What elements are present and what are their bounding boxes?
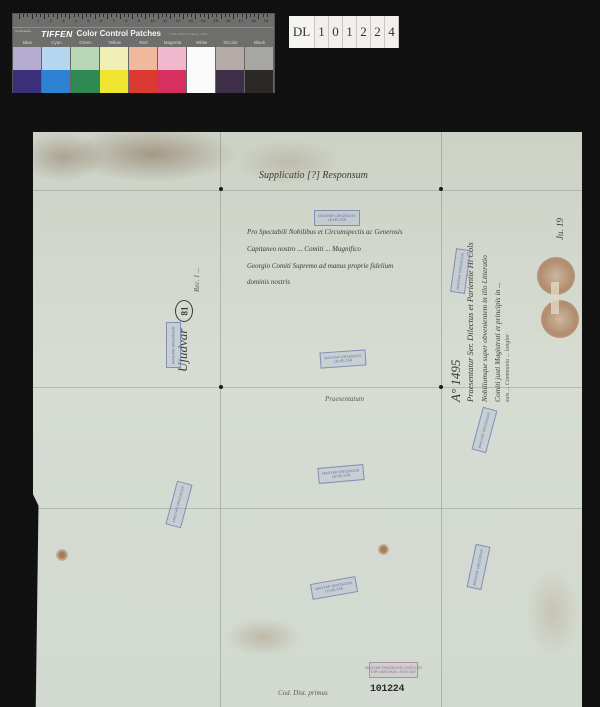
- ruler-tick: [204, 14, 205, 17]
- ruler-tick: [95, 14, 96, 19]
- reference-digit: 0: [329, 16, 343, 48]
- ruler-tick: [242, 14, 243, 17]
- ruler-tick: [48, 14, 49, 17]
- archive-stamp: MAGYAR ORSZÁGOS: [166, 322, 181, 368]
- ruler-tick: [179, 14, 180, 17]
- ruler-number: 16: [226, 18, 230, 23]
- ruler-tick: [225, 14, 226, 17]
- patch-column-red: [129, 47, 158, 93]
- ruler-number: 14: [201, 18, 205, 23]
- patch-dark: [13, 70, 41, 93]
- center-note: Praesentatum: [325, 395, 364, 403]
- color-control-chart: 12345678910111213141516171819 Centimeter…: [12, 13, 275, 93]
- stain: [378, 544, 389, 555]
- ruler-number: 7: [113, 18, 115, 23]
- reference-digit: 1: [343, 16, 357, 48]
- patch-label: Cyan: [42, 39, 71, 46]
- ruler-tick: [153, 14, 154, 17]
- archive-stamp: MAGYAR ORSZÁGOS LEVÉLTÁR: [310, 576, 358, 600]
- ruler-tick: [40, 14, 41, 17]
- patch-dark: [42, 70, 70, 93]
- patch-dark: [216, 70, 244, 93]
- ruler-tick: [44, 14, 45, 19]
- ruler-tick: [86, 14, 87, 17]
- patch-label: Red: [129, 39, 158, 46]
- right-top-note: Ju. 19: [555, 218, 565, 240]
- ruler-tick: [166, 14, 167, 17]
- address-line: Capitaneo nostro ... Comiti ... Magnific…: [247, 245, 361, 253]
- patch-light: [158, 47, 186, 70]
- ruler-tick: [208, 14, 209, 19]
- patch-column-black: [245, 47, 274, 93]
- ruler-tick: [187, 14, 188, 17]
- ruler-tick: [36, 14, 37, 17]
- ruler-tick: [141, 14, 142, 17]
- patch-dark: [129, 70, 157, 93]
- patch-light: [216, 47, 244, 70]
- ruler-tick: [212, 14, 213, 17]
- ruler-tick: [120, 14, 121, 19]
- patch-light: [129, 47, 157, 70]
- patch-light: [245, 47, 273, 70]
- ruler-number: 2: [50, 18, 52, 23]
- ruler-number: 8: [125, 18, 127, 23]
- ruler-number: 12: [176, 18, 180, 23]
- patch-label: Black: [245, 39, 274, 46]
- summary-line: Nobiliumque super obvenientem in illo Li…: [480, 255, 489, 402]
- document-sheet: Supplicatio [?] Responsum Pro Spectabili…: [33, 132, 582, 707]
- ruler-tick: [191, 14, 192, 17]
- ruler-tick: [216, 14, 217, 17]
- archive-number: 101224: [370, 684, 404, 695]
- ruler-tick: [128, 14, 129, 17]
- ruler-tick: [158, 14, 159, 19]
- ruler-tick: [78, 14, 79, 17]
- circled-number-text: 81: [179, 307, 189, 316]
- year-annotation: A° 1495: [448, 360, 464, 402]
- ruler-tick: [19, 14, 20, 19]
- ruler-tick: [162, 14, 163, 17]
- ruler-number: 4: [75, 18, 77, 23]
- patch-light: [71, 47, 99, 70]
- chart-title: Color Control Patches: [77, 29, 161, 38]
- patch-column-blue: [13, 47, 42, 93]
- ruler-tick: [233, 14, 234, 19]
- summary-line: suis ... Communia ... longior: [505, 334, 511, 402]
- ruler-tick: [263, 14, 264, 17]
- ruler-tick: [32, 14, 33, 19]
- chart-title-row: TIFFEN Color Control Patches © The Tiffe…: [13, 28, 274, 39]
- fold-line: [33, 508, 582, 509]
- ruler-tick: [57, 14, 58, 19]
- color-patches: [13, 47, 274, 93]
- ruler-tick: [61, 14, 62, 17]
- ruler-number: 5: [87, 18, 89, 23]
- ruler-tick: [195, 14, 196, 19]
- ruler-number: 9: [138, 18, 140, 23]
- ruler-tick: [69, 14, 70, 19]
- patch-column-white: [187, 47, 216, 93]
- archive-stamp: MAGYAR ORSZÁGOS: [165, 481, 192, 529]
- address-line: Pro Spectabili Nobilibus et Circumspecti…: [247, 228, 403, 236]
- ruler-tick: [90, 14, 91, 17]
- bottom-note: Cod. Dist. primus: [278, 689, 328, 697]
- chart-fineprint: © The Tiffen Company, 2000: [169, 32, 207, 36]
- ruler-number: 13: [188, 18, 192, 23]
- ruler-tick: [254, 14, 255, 17]
- reference-digit: 1: [315, 16, 329, 48]
- ruler: 12345678910111213141516171819: [13, 14, 274, 28]
- ruler-number: 18: [251, 18, 255, 23]
- patch-label: 3/Color: [216, 39, 245, 46]
- archive-stamp: MAGYAR ORSZÁGOS LEVÉLTÁR: [314, 210, 360, 226]
- patch-light: [100, 47, 128, 70]
- ruler-tick: [103, 14, 104, 17]
- patch-label: Green: [71, 39, 100, 46]
- hole: [219, 187, 223, 191]
- address-line: dominis nostris: [247, 278, 290, 286]
- ruler-tick: [99, 14, 100, 17]
- hole: [439, 385, 443, 389]
- circled-number: 81: [175, 300, 193, 322]
- archive-stamp: MAGYAR ORSZÁGOS LEVÉLTÁR: [317, 464, 364, 484]
- ruler-tick: [200, 14, 201, 17]
- hole: [439, 187, 443, 191]
- stain: [56, 549, 68, 561]
- patch-label: Blue: [13, 39, 42, 46]
- ruler-tick: [229, 14, 230, 17]
- patch-labels: Blue Cyan Green Yellow Red Magenta White…: [13, 39, 274, 46]
- ruler-tick: [170, 14, 171, 19]
- fold-line: [441, 132, 442, 707]
- wax-seal-residue: [541, 300, 579, 338]
- ruler-tick: [137, 14, 138, 17]
- patch-label: Magenta: [158, 39, 187, 46]
- patch-light: [187, 47, 215, 70]
- ruler-tick: [267, 14, 268, 17]
- ruler-tick: [246, 14, 247, 19]
- patch-column-magenta: [158, 47, 187, 93]
- patch-column-yellow: [100, 47, 129, 93]
- ruler-tick: [23, 14, 24, 17]
- ruler-number: 19: [264, 18, 268, 23]
- patch-column-green: [71, 47, 100, 93]
- patch-dark: [245, 70, 273, 93]
- archive-stamp: MAGYAR ORSZÁGOS: [472, 407, 498, 453]
- archive-stamp: MAGYAR ORSZÁGOS: [467, 544, 491, 590]
- patch-column-cyan: [42, 47, 71, 93]
- summary-line: Comiti justi Magistrati et principis in …: [493, 282, 502, 402]
- patch-dark: [100, 70, 128, 93]
- brand-logo: TIFFEN: [41, 29, 73, 39]
- reference-digit: 2: [371, 16, 385, 48]
- left-vertical-small-annotation: Rec. 1 ...: [193, 268, 201, 293]
- patch-light: [13, 47, 41, 70]
- ruler-number: 11: [163, 18, 167, 23]
- patch-label: White: [187, 39, 216, 46]
- ruler-tick: [27, 14, 28, 17]
- wax-seal-gap: [551, 282, 559, 314]
- reference-digit: 4: [385, 16, 399, 48]
- ruler-tick: [145, 14, 146, 19]
- archive-stamp-bottom: MAGYAR ORSZÁGOS LEVÉLTÁR DIPLOMATIKAI LE…: [369, 662, 418, 678]
- fold-line: [220, 132, 221, 707]
- ruler-number: 3: [62, 18, 64, 23]
- ruler-tick: [149, 14, 150, 17]
- ruler-tick: [65, 14, 66, 17]
- ruler-tick: [111, 14, 112, 17]
- hole: [219, 385, 223, 389]
- reference-prefix: DL: [289, 16, 315, 48]
- ruler-tick: [74, 14, 75, 17]
- ruler-tick: [250, 14, 251, 17]
- patch-dark: [187, 70, 215, 93]
- address-line: Georgio Comiti Supremo ad manus proprie …: [247, 262, 393, 270]
- ruler-number: 17: [239, 18, 243, 23]
- patch-dark: [158, 70, 186, 93]
- ruler-tick: [107, 14, 108, 19]
- ruler-tick: [237, 14, 238, 17]
- ruler-tick: [132, 14, 133, 19]
- ruler-number: 1: [37, 18, 39, 23]
- patch-dark: [71, 70, 99, 93]
- patch-label: Yellow: [100, 39, 129, 46]
- ruler-number: 10: [150, 18, 154, 23]
- ruler-number: 6: [100, 18, 102, 23]
- ruler-number: 15: [213, 18, 217, 23]
- top-heading-annotation: Supplicatio [?] Responsum: [259, 170, 368, 181]
- ruler-tick: [258, 14, 259, 19]
- ruler-tick: [116, 14, 117, 17]
- archive-stamp: MAGYAR ORSZÁGOS LEVÉLTÁR: [319, 349, 366, 368]
- ruler-tick: [124, 14, 125, 17]
- ruler-tick: [183, 14, 184, 19]
- ruler-tick: [82, 14, 83, 19]
- ruler-tick: [174, 14, 175, 17]
- reference-digit: 2: [357, 16, 371, 48]
- patch-light: [42, 47, 70, 70]
- fold-line: [33, 190, 582, 191]
- ruler-tick: [221, 14, 222, 19]
- patch-column-3-color: [216, 47, 245, 93]
- reference-number-box: DL 1 0 1 2 2 4: [289, 16, 399, 48]
- ruler-tick: [53, 14, 54, 17]
